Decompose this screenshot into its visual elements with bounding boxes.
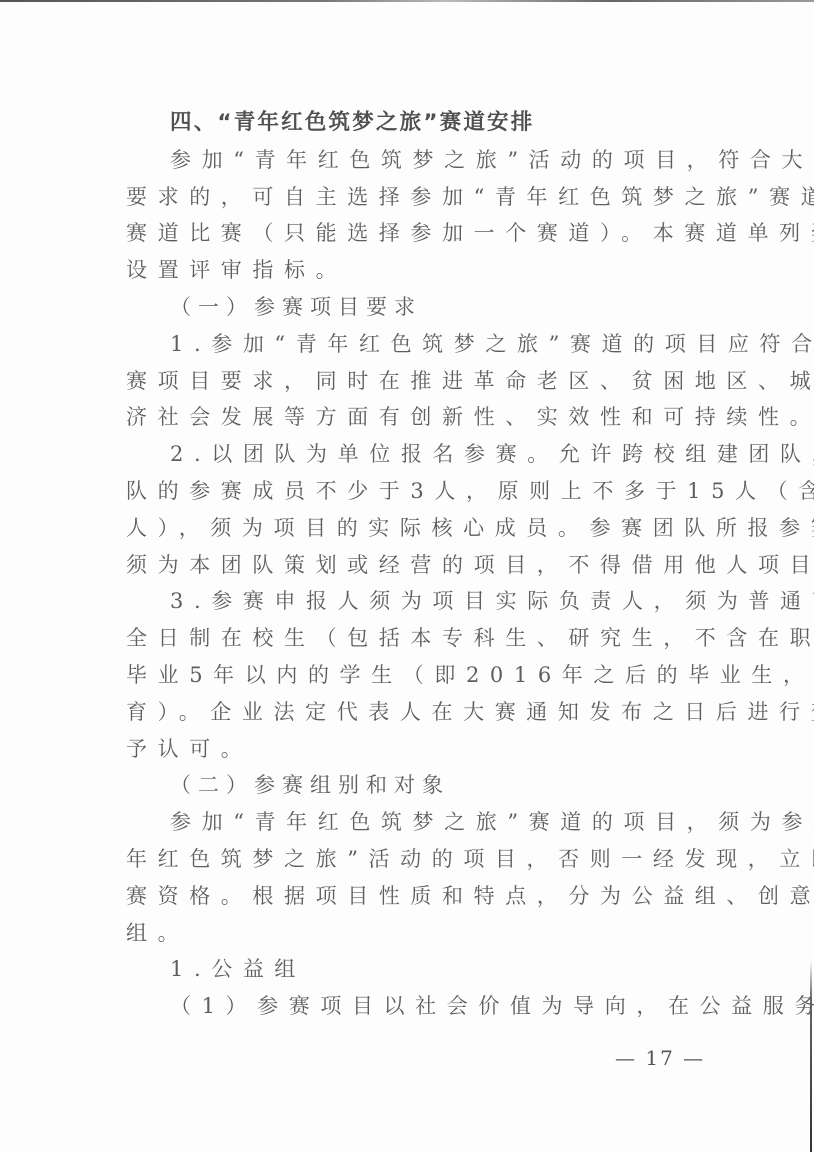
paragraph-line: 育）。企业法定代表人在大赛通知发布之日后进行变更的不 [126, 694, 701, 731]
scan-right-edge [810, 960, 812, 1152]
paragraph-line: 毕业5年以内的学生（即2016年之后的毕业生，不含在职教 [126, 657, 701, 694]
paragraph-line: 3.参赛申报人须为项目实际负责人，须为普通高等学校 [126, 583, 701, 620]
section-heading: 四、“青年红色筑梦之旅”赛道安排 [126, 105, 701, 142]
paragraph-line: 组。 [126, 915, 701, 952]
scan-top-edge [0, 0, 814, 2]
paragraph-line: 须为本团队策划或经营的项目，不得借用他人项目参赛。 [126, 547, 701, 584]
paragraph-line: 全日制在校生（包括本专科生、研究生，不含在职教育），或 [126, 620, 701, 657]
page-number: — 17 — [615, 1046, 705, 1070]
paragraph-line: 予认可。 [126, 731, 701, 768]
document-body: 四、“青年红色筑梦之旅”赛道安排 参加“青年红色筑梦之旅”活动的项目，符合大赛参… [126, 105, 701, 1025]
paragraph-line: （1）参赛项目以社会价值为导向，在公益服务领域具有 [126, 988, 701, 1025]
subsection-heading-requirements: （一）参赛项目要求 [126, 289, 701, 326]
item-heading-public-welfare: 1.公益组 [126, 951, 701, 988]
paragraph-line: 赛资格。根据项目性质和特点，分为公益组、创意组、创业 [126, 878, 701, 915]
paragraph-line: 赛道比赛（只能选择参加一个赛道）。本赛道单列奖项、单独 [126, 215, 701, 252]
paragraph-line: 赛项目要求，同时在推进革命老区、贫困地区、城乡社区经 [126, 363, 701, 400]
paragraph-line: 参加“青年红色筑梦之旅”赛道的项目，须为参加“青 [126, 804, 701, 841]
paragraph-line: 人），须为项目的实际核心成员。参赛团队所报参赛创业项目， [126, 510, 701, 547]
subsection-heading-groups: （二）参赛组别和对象 [126, 767, 701, 804]
paragraph-line: 队的参赛成员不少于3人，原则上不多于15人（含团队负责 [126, 473, 701, 510]
paragraph-line: 参加“青年红色筑梦之旅”活动的项目，符合大赛参赛 [126, 142, 701, 179]
paragraph-line: 1.参加“青年红色筑梦之旅”赛道的项目应符合大赛参 [126, 326, 701, 363]
paragraph-line: 2.以团队为单位报名参赛。允许跨校组建团队，每个团 [126, 436, 701, 473]
paragraph-line: 年红色筑梦之旅”活动的项目，否则一经发现，立即取消参 [126, 841, 701, 878]
paragraph-line: 济社会发展等方面有创新性、实效性和可持续性。 [126, 399, 701, 436]
paragraph-line: 设置评审指标。 [126, 252, 701, 289]
paragraph-line: 要求的，可自主选择参加“青年红色筑梦之旅”赛道或其他 [126, 179, 701, 216]
